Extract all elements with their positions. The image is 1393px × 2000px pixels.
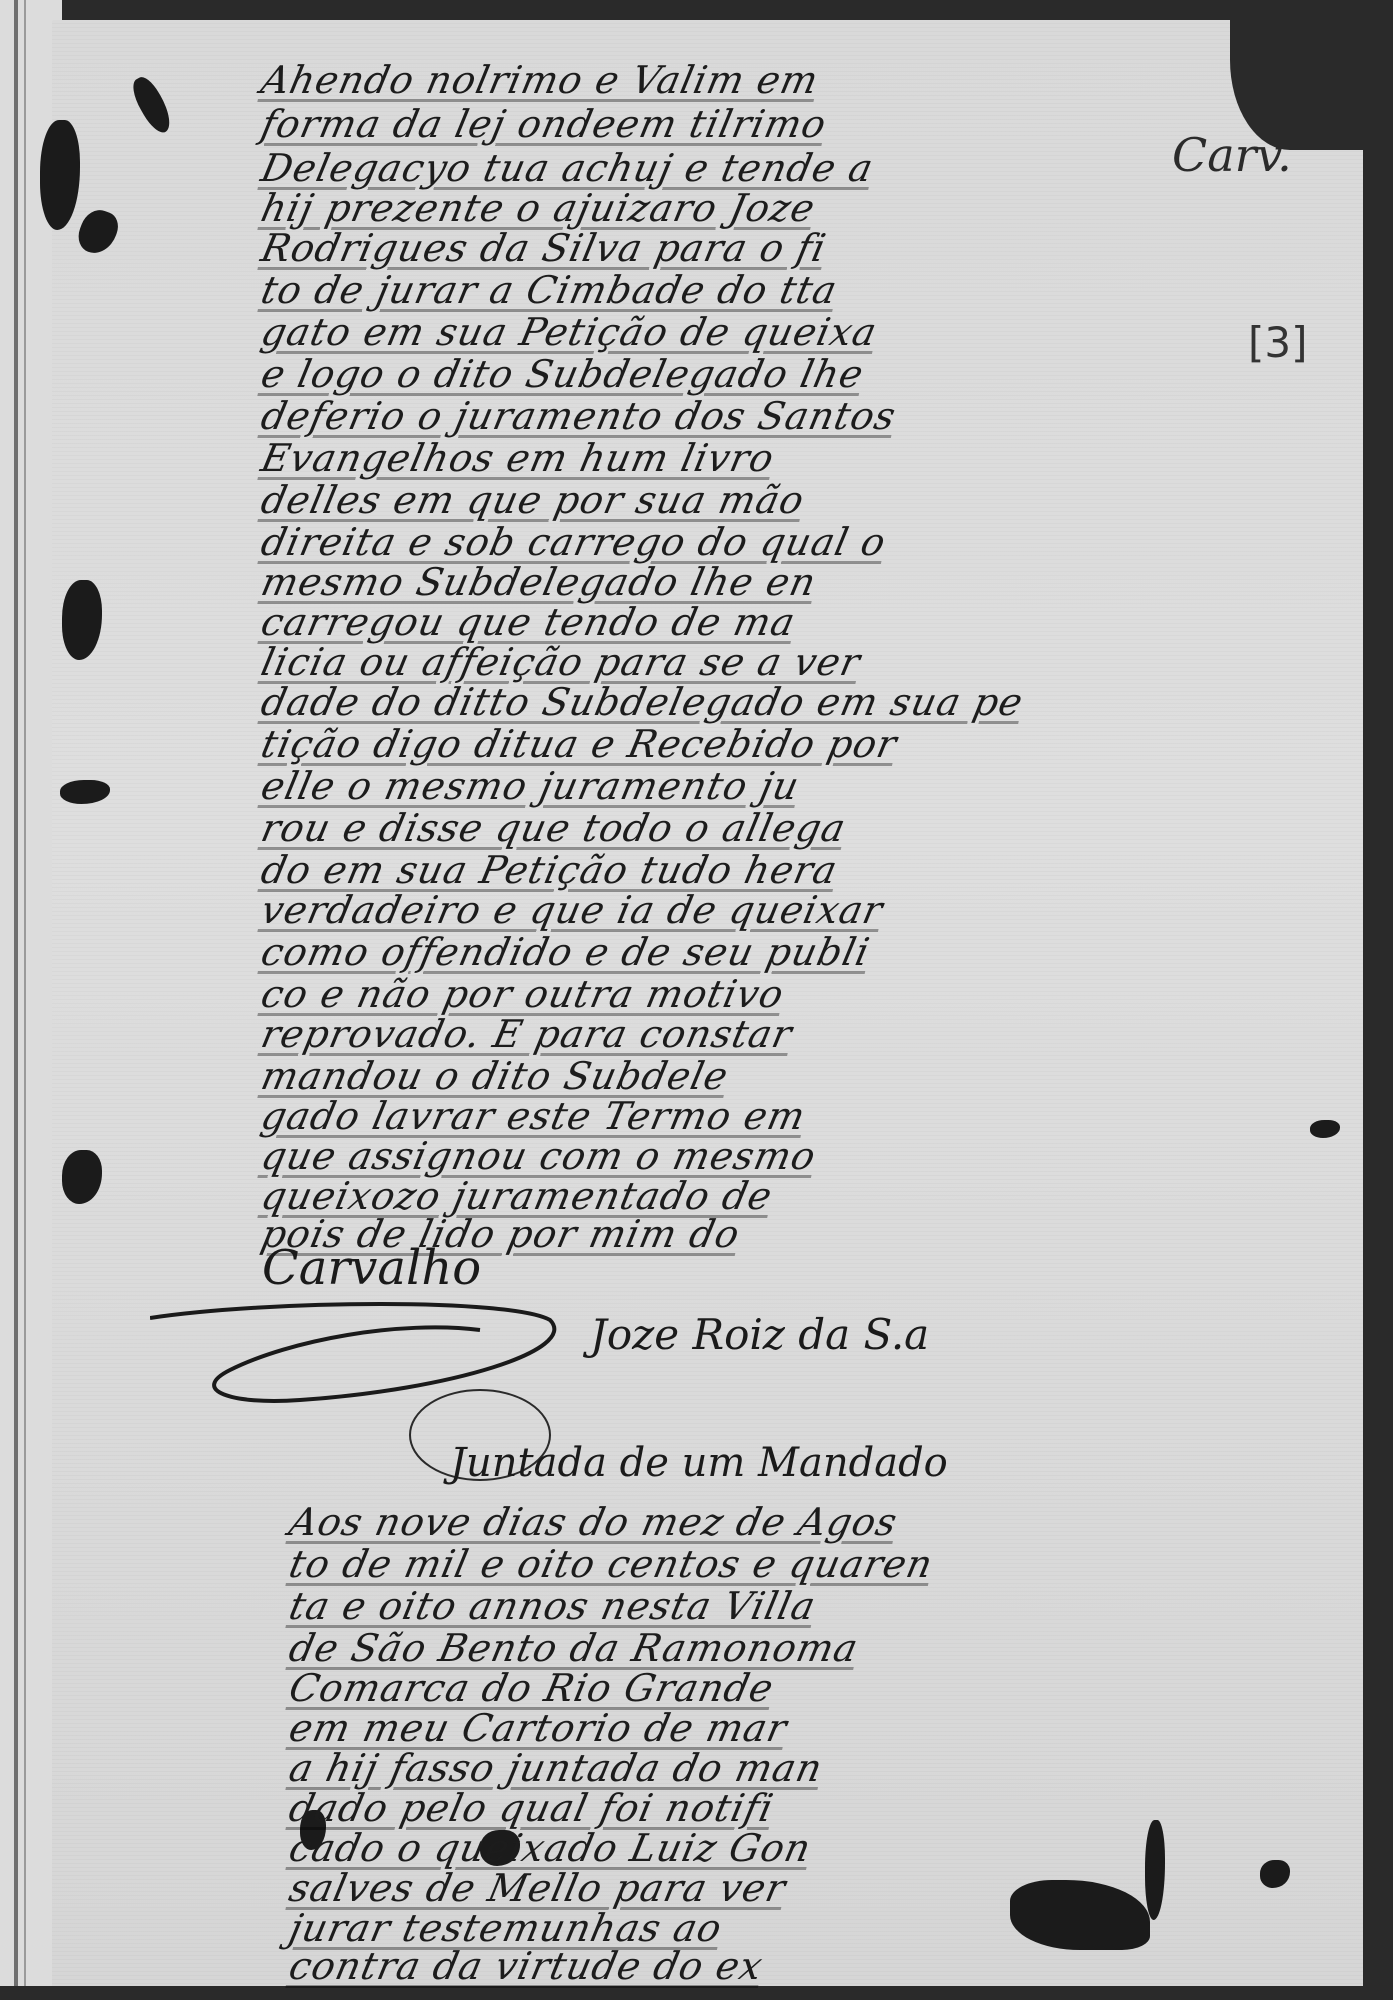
text-line: direita e sob carrego do qual o: [257, 520, 890, 564]
text-line: licia ou affeição para se a ver: [257, 640, 864, 684]
section-text-line: cado o queixado Luiz Gon: [285, 1826, 815, 1870]
section-text-line: dado pelo qual foi notifi: [285, 1786, 777, 1830]
signature-joze: Joze Roiz da S.a: [590, 1310, 929, 1359]
scan-border-right: [1363, 0, 1393, 2000]
section-text-line: a hij fasso juntada do man: [285, 1746, 826, 1790]
text-line: gado lavrar este Termo em: [257, 1094, 809, 1138]
text-line: hij prezente o ajuizaro Joze: [257, 186, 819, 230]
section-text-line: salves de Mello para ver: [285, 1866, 790, 1910]
text-line: forma da lej ondeem tilrimo: [257, 102, 830, 146]
section-text-line: de São Bento da Ramonoma: [285, 1626, 862, 1670]
section-text-line: em meu Cartorio de mar: [285, 1706, 791, 1750]
text-line: co e não por outra motivo: [257, 972, 788, 1016]
text-line: reprovado. E para constar: [257, 1012, 796, 1056]
section-text-line: ta e oito annos nesta Villa: [285, 1584, 820, 1628]
section-text-line: Aos nove dias do mez de Agos: [285, 1500, 901, 1544]
scan-border-bottom: [0, 1986, 1393, 2000]
page-number: [3]: [1248, 318, 1308, 367]
section-text-line: contra da virtude do ex: [285, 1944, 767, 1988]
text-line: to de jurar a Cimbade do tta: [257, 268, 841, 312]
text-line: Ahendo nolrimo e Valim em: [257, 58, 822, 102]
spine-fold-secondary: [24, 0, 26, 2000]
text-line: Evangelhos em hum livro: [257, 436, 778, 480]
text-line: como offendido e de seu publi: [257, 930, 874, 974]
text-line: carregou que tendo de ma: [257, 600, 799, 644]
margin-annotation: Carv.: [1172, 128, 1292, 182]
text-line: Rodrigues da Silva para o fi: [257, 226, 830, 270]
spine-fold: [14, 0, 18, 2000]
text-line: mandou o dito Subdele: [257, 1054, 732, 1098]
text-line: tição digo ditua e Recebido por: [257, 722, 901, 766]
text-line: Delegacyo tua achuj e tende a: [257, 146, 877, 190]
signature-carvalho: Carvalho: [262, 1240, 481, 1296]
text-line: mesmo Subdelegado lhe en: [257, 560, 820, 604]
text-line: elle o mesmo juramento ju: [257, 764, 803, 808]
text-line: e logo o dito Subdelegado lhe: [257, 352, 868, 396]
text-line: dade do ditto Subdelegado em sua pe: [257, 680, 1027, 724]
text-line: deferio o juramento dos Santos: [257, 394, 900, 438]
text-line: gato em sua Petição de queixa: [257, 310, 881, 354]
text-line: delles em que por sua mão: [257, 478, 808, 522]
section-text-line: Comarca do Rio Grande: [285, 1666, 778, 1710]
text-line: verdadeiro e que ia de queixar: [257, 888, 887, 932]
text-line: rou e disse que todo o allega: [257, 806, 850, 850]
section-heading: Juntada de um Mandado: [450, 1440, 948, 1486]
text-line: do em sua Petição tudo hera: [257, 848, 841, 892]
section-text-line: to de mil e oito centos e quaren: [285, 1542, 937, 1586]
